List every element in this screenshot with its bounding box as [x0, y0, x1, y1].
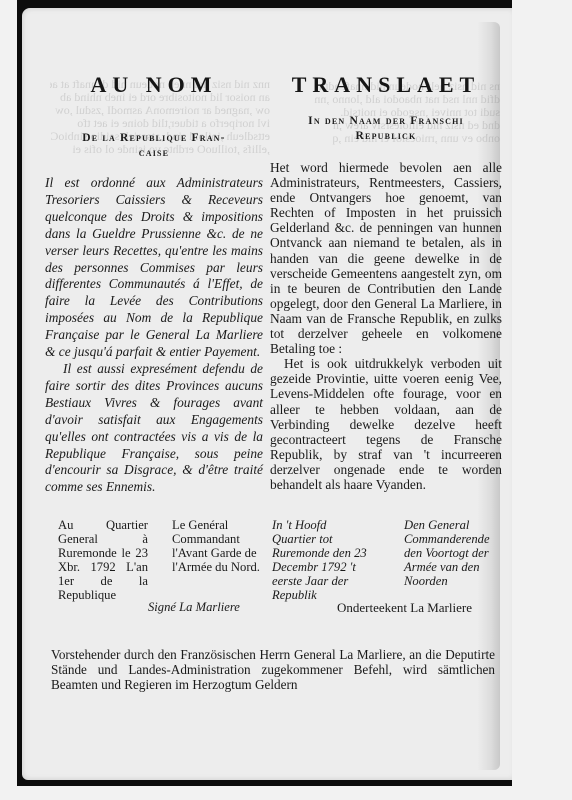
french-place-date: Au Quartier General à Ruremonde le 23 Xb…: [58, 518, 148, 602]
scan-margin-right: [512, 0, 572, 800]
french-subtitle-line1: De la Republique Fran-: [45, 131, 263, 146]
french-signature: Signé La Marliere: [148, 600, 240, 615]
dutch-signature: Onderteekent La Marliere: [337, 600, 472, 616]
dutch-body: Het word hiermede bevolen aen alle Admin…: [270, 160, 502, 492]
dutch-subtitle-line2: Republick: [270, 129, 502, 144]
dutch-place-date: In 't Hoofd Quartier tot Ruremonde den 2…: [272, 518, 370, 602]
german-note: Vorstehender durch den Französischen Her…: [51, 647, 495, 692]
french-rank: Le Genéral Commandant l'Avant Garde de l…: [172, 518, 264, 574]
french-body: Il est ordonné aux Administrateurs Treso…: [45, 175, 263, 496]
french-title: AU NOM: [45, 72, 263, 98]
dutch-paragraph-2: Het is ook uitdrukkelyk verboden uit gez…: [270, 356, 502, 492]
french-subtitle-line2: caise: [45, 146, 263, 161]
french-paragraph-1: Il est ordonné aux Administrateurs Treso…: [45, 175, 263, 361]
dutch-title: TRANSLAET: [270, 72, 502, 98]
dutch-subtitle: In den Naam der Franschi Republick: [270, 114, 502, 144]
scan-margin-bottom: [0, 786, 572, 800]
dutch-column: TRANSLAET In den Naam der Franschi Repub…: [270, 72, 502, 492]
french-column: AU NOM De la Republique Fran- caise Il e…: [45, 72, 263, 496]
dutch-paragraph-1: Het word hiermede bevolen aen alle Admin…: [270, 160, 502, 356]
french-paragraph-2: Il est aussi expresément defendu de fair…: [45, 361, 263, 496]
dutch-rank: Den General Commanderende den Voortogt d…: [404, 518, 504, 588]
french-subtitle: De la Republique Fran- caise: [45, 131, 263, 161]
dutch-subtitle-line1: In den Naam der Franschi: [270, 114, 502, 129]
scan-margin-left: [0, 0, 17, 800]
